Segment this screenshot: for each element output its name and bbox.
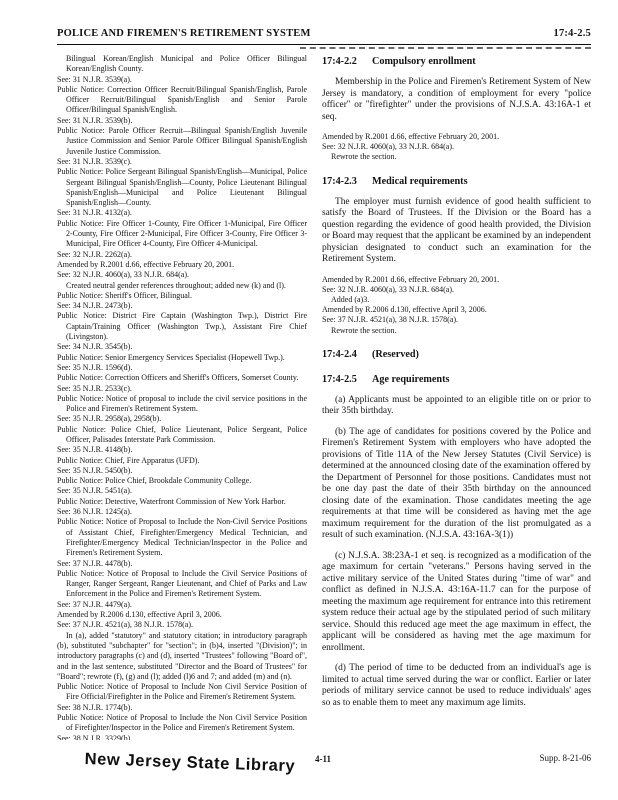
section-paragraph: (c) N.J.S.A. 38:23A-1 et seq. is recogni… xyxy=(322,551,591,655)
see-reference: See: 36 N.J.R. 1245(a). xyxy=(57,507,307,517)
amendment-note: Created neutral gender references throug… xyxy=(57,281,307,291)
section-title: Compulsory enrollment xyxy=(372,56,476,67)
see-reference: See: 31 N.J.R. 3539(c). xyxy=(57,157,307,167)
history-notes: Amended by R.2001 d.66, effective Februa… xyxy=(322,132,591,163)
section-title: (Reserved) xyxy=(372,349,419,360)
left-column: Bilingual Korean/English Municipal and P… xyxy=(57,54,307,740)
code-section: 17:4-2.2Compulsory enrollmentMembership … xyxy=(322,56,591,163)
section-paragraph: Membership in the Police and Firemen's R… xyxy=(322,77,591,123)
public-notice: Public Notice: Detective, Waterfront Com… xyxy=(57,497,307,507)
page-footer: New Jersey State Library 4-11 Supp. 8-21… xyxy=(57,748,591,788)
see-reference: See: 38 N.J.R. 1774(b). xyxy=(57,703,307,713)
section-heading: 17:4-2.5Age requirements xyxy=(322,374,591,386)
code-section: 17:4-2.3Medical requirementsThe employer… xyxy=(322,176,591,336)
public-notice: Public Notice: Notice of Proposal to Inc… xyxy=(57,569,307,600)
two-column-body: Bilingual Korean/English Municipal and P… xyxy=(57,54,591,740)
history-line: Amended by R.2001 d.66, effective Februa… xyxy=(322,275,591,285)
section-number: 17:4-2.2 xyxy=(322,56,372,68)
history-line: Added (a)3. xyxy=(322,295,591,305)
public-notice: Public Notice: Senior Emergency Services… xyxy=(57,353,307,363)
public-notice: Public Notice: Notice of Proposal to Inc… xyxy=(57,682,307,703)
see-reference: See: 32 N.J.R. 4060(a), 33 N.J.R. 684(a)… xyxy=(57,270,307,280)
public-notice: Public Notice: Chief, Fire Apparatus (UF… xyxy=(57,456,307,466)
page-number: 4-11 xyxy=(315,754,331,764)
public-notice: Public Notice: District Fire Captain (Wa… xyxy=(57,311,307,342)
see-reference: See: 34 N.J.R. 3545(b). xyxy=(57,342,307,352)
section-heading: 17:4-2.3Medical requirements xyxy=(322,176,591,188)
public-notice: Public Notice: Notice of proposal to inc… xyxy=(57,394,307,415)
header-rule xyxy=(57,44,591,45)
see-reference: See: 35 N.J.R. 5451(a). xyxy=(57,486,307,496)
library-stamp: New Jersey State Library xyxy=(84,750,295,776)
page-header: POLICE AND FIREMEN'S RETIREMENT SYSTEM 1… xyxy=(57,28,591,39)
history-line: Amended by R.2006 d.130, effective April… xyxy=(322,305,591,315)
section-paragraph: (d) The period of time to be deducted fr… xyxy=(322,663,591,709)
section-paragraph: (a) Applicants must be appointed to an e… xyxy=(322,395,591,418)
header-rule-scan-artifact xyxy=(300,47,591,49)
public-notice: Public Notice: Sheriff's Officer, Biling… xyxy=(57,291,307,301)
continued-notice-text: Bilingual Korean/English Municipal and P… xyxy=(57,54,307,75)
public-notice: Public Notice: Police Chief, Police Lieu… xyxy=(57,425,307,446)
amendment-line: Amended by R.2001 d.66, effective Februa… xyxy=(57,260,307,270)
see-reference: See: 37 N.J.R. 4478(b). xyxy=(57,559,307,569)
history-line: See: 32 N.J.R. 4060(a), 33 N.J.R. 684(a)… xyxy=(322,285,591,295)
see-reference: See: 34 N.J.R. 2473(b). xyxy=(57,301,307,311)
history-line: See: 32 N.J.R. 4060(a), 33 N.J.R. 684(a)… xyxy=(322,142,591,152)
see-reference: See: 37 N.J.R. 4521(a), 38 N.J.R. 1578(a… xyxy=(57,620,307,630)
public-notice: Public Notice: Police Chief, Brookdale C… xyxy=(57,476,307,486)
see-reference: See: 31 N.J.R. 3539(b). xyxy=(57,116,307,126)
supplement-date: Supp. 8-21-06 xyxy=(540,753,592,763)
history-line: Rewrote the section. xyxy=(322,326,591,336)
history-line: See: 37 N.J.R. 4521(a), 38 N.J.R. 1578(a… xyxy=(322,315,591,325)
public-notice: Public Notice: Notice of Proposal to Inc… xyxy=(57,517,307,558)
section-reference: 17:4-2.5 xyxy=(554,28,591,39)
see-reference: See: 37 N.J.R. 4479(a). xyxy=(57,600,307,610)
section-number: 17:4-2.5 xyxy=(322,374,372,386)
section-number: 17:4-2.4 xyxy=(322,349,372,361)
see-reference: See: 35 N.J.R. 2533(c). xyxy=(57,384,307,394)
section-title: Medical requirements xyxy=(372,176,468,187)
public-notice: Public Notice: Police Sergeant Bilingual… xyxy=(57,167,307,208)
section-number: 17:4-2.3 xyxy=(322,176,372,188)
section-paragraph: (b) The age of candidates for positions … xyxy=(322,427,591,542)
see-reference: See: 35 N.J.R. 4148(b). xyxy=(57,445,307,455)
section-heading: 17:4-2.2Compulsory enrollment xyxy=(322,56,591,68)
history-notes: Amended by R.2001 d.66, effective Februa… xyxy=(322,275,591,336)
see-reference: See: 35 N.J.R. 2958(a), 2958(b). xyxy=(57,414,307,424)
history-line: Amended by R.2001 d.66, effective Februa… xyxy=(322,132,591,142)
amendment-note: In (a), added "statutory" and statutory … xyxy=(57,631,307,682)
section-title: Age requirements xyxy=(372,374,449,385)
public-notice: Public Notice: Fire Officer 1-County, Fi… xyxy=(57,219,307,250)
see-reference: See: 31 N.J.R. 3539(a). xyxy=(57,75,307,85)
public-notice: Public Notice: Parole Officer Recruit—Bi… xyxy=(57,126,307,157)
public-notice: Public Notice: Notice of Proposal to Inc… xyxy=(57,713,307,734)
public-notice: Public Notice: Correction Officers and S… xyxy=(57,373,307,383)
public-notice: Public Notice: Correction Officer Recrui… xyxy=(57,85,307,116)
history-line: Rewrote the section. xyxy=(322,152,591,162)
amendment-line: Amended by R.2006 d.130, effective April… xyxy=(57,610,307,620)
see-reference: See: 35 N.J.R. 1596(d). xyxy=(57,363,307,373)
see-reference: See: 35 N.J.R. 5450(b). xyxy=(57,466,307,476)
section-heading: 17:4-2.4(Reserved) xyxy=(322,349,591,361)
code-section: 17:4-2.5Age requirements(a) Applicants m… xyxy=(322,374,591,710)
code-section: 17:4-2.4(Reserved) xyxy=(322,349,591,361)
see-reference: See: 31 N.J.R. 4132(a). xyxy=(57,208,307,218)
document-page: POLICE AND FIREMEN'S RETIREMENT SYSTEM 1… xyxy=(0,0,618,800)
section-paragraph: The employer must furnish evidence of go… xyxy=(322,197,591,266)
running-title: POLICE AND FIREMEN'S RETIREMENT SYSTEM xyxy=(57,28,311,39)
right-column: 17:4-2.2Compulsory enrollmentMembership … xyxy=(322,54,591,740)
see-reference: See: 38 N.J.R. 3329(b). xyxy=(57,734,307,740)
see-reference: See: 32 N.J.R. 2262(a). xyxy=(57,250,307,260)
